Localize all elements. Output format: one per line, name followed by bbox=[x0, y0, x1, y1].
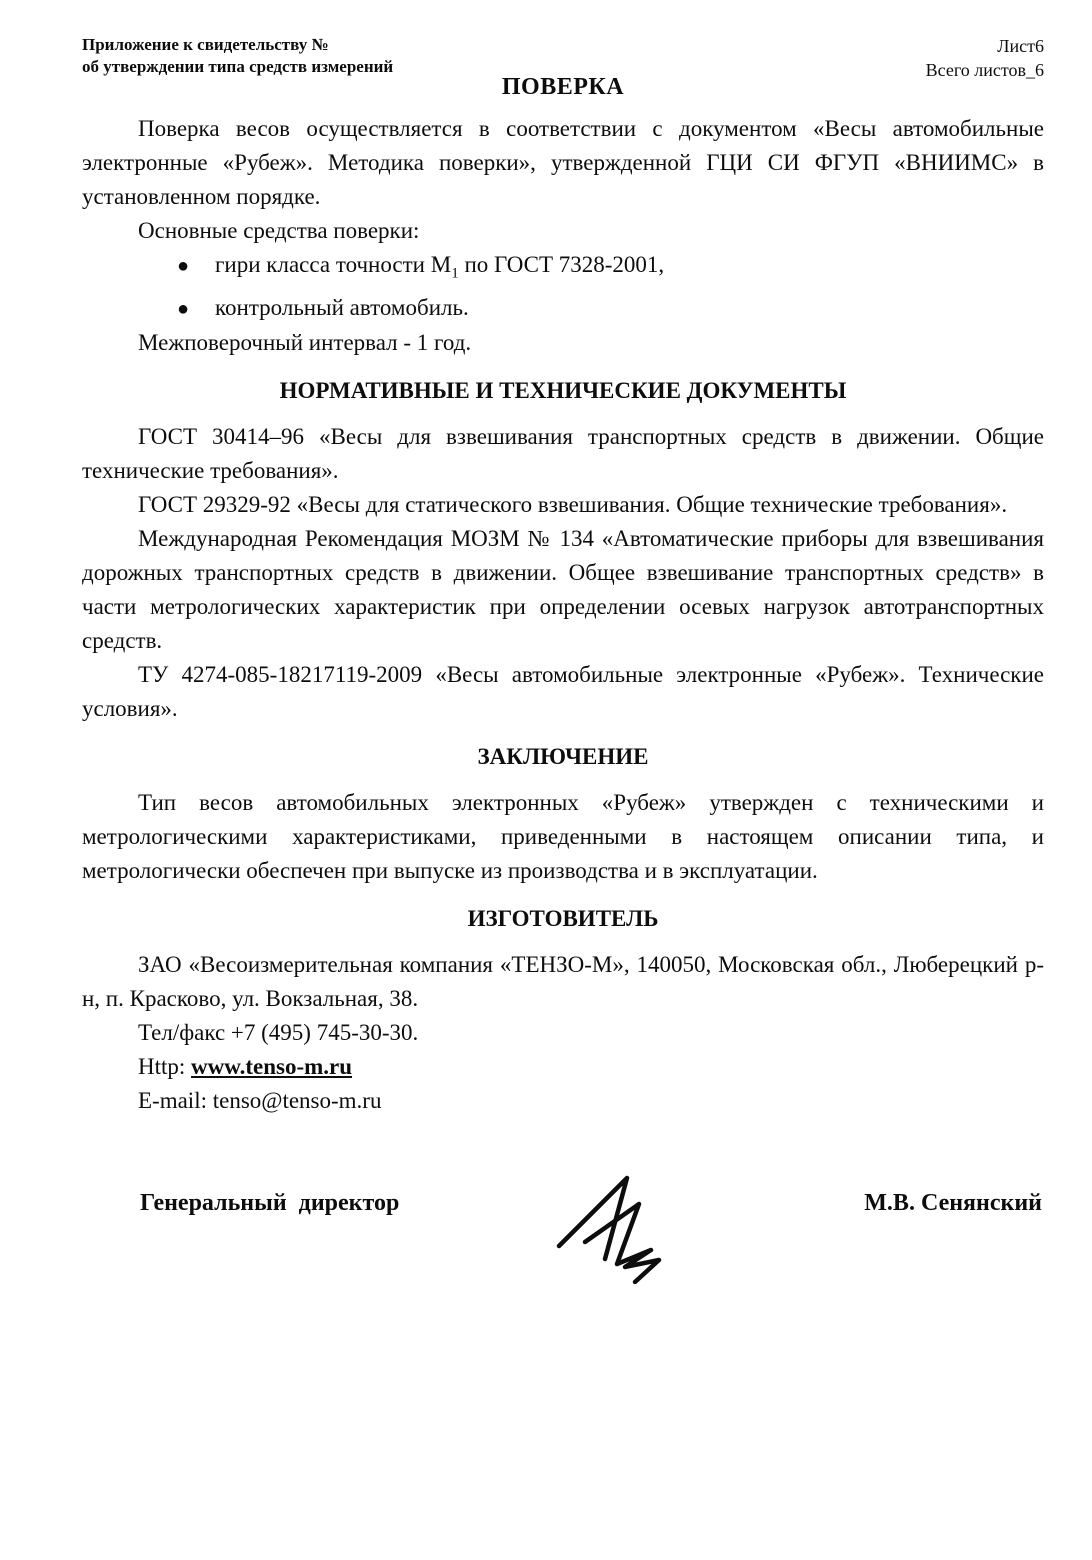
normative-paragraph-tu: ТУ 4274-085-18217119-2009 «Весы автомоби… bbox=[82, 658, 1044, 726]
header-attachment-line1: Приложение к свидетельству № bbox=[82, 34, 393, 56]
signatory-name: М.В. Сенянский bbox=[864, 1164, 1042, 1220]
signature-image bbox=[547, 1164, 677, 1284]
header-attachment-line2: об утверждении типа средств измерений bbox=[82, 56, 393, 78]
manufacturer-phone: Тел/факс +7 (495) 745-30-30. bbox=[82, 1016, 1044, 1050]
section-title-manufacturer: ИЗГОТОВИТЕЛЬ bbox=[82, 902, 1044, 936]
section-title-normative: НОРМАТИВНЫЕ И ТЕХНИЧЕСКИЕ ДОКУМЕНТЫ bbox=[82, 374, 1044, 408]
header-sheet-number: Лист6 bbox=[926, 34, 1044, 58]
signature-block: Генеральный директор М.В. Сенянский bbox=[82, 1164, 1044, 1284]
header-sheets-total: Всего листов_6 bbox=[926, 58, 1044, 82]
manufacturer-http-line: Http: www.tenso-m.ru bbox=[82, 1050, 1044, 1084]
poverka-interval-line: Межповерочный интервал - 1 год. bbox=[82, 326, 1044, 360]
bullet-icon: ● bbox=[177, 292, 193, 326]
header-attachment-note: Приложение к свидетельству № об утвержде… bbox=[82, 34, 393, 78]
list-item: ● гири класса точности М1 по ГОСТ 7328-2… bbox=[82, 248, 1044, 291]
manufacturer-email-line: E-mail: tenso@tenso-m.ru bbox=[82, 1084, 1044, 1118]
poverka-means-label: Основные средства поверки: bbox=[82, 214, 1044, 248]
list-item-text: контрольный автомобиль. bbox=[215, 291, 469, 325]
document-page: Приложение к свидетельству № об утвержде… bbox=[0, 0, 1092, 1560]
signatory-position: Генеральный директор bbox=[140, 1164, 399, 1220]
header-sheet-info: Лист6 Всего листов_6 bbox=[926, 34, 1044, 82]
normative-paragraph-mozm: Международная Рекомендация МОЗМ № 134 «А… bbox=[82, 522, 1044, 658]
normative-paragraph-gost-30414: ГОСТ 30414–96 «Весы для взвешивания тран… bbox=[82, 420, 1044, 488]
poverka-means-list: ● гири класса точности М1 по ГОСТ 7328-2… bbox=[82, 248, 1044, 326]
normative-paragraph-gost-29329: ГОСТ 29329-92 «Весы для статического взв… bbox=[82, 488, 1044, 522]
subscript: 1 bbox=[451, 266, 459, 282]
bullet-icon: ● bbox=[177, 249, 193, 283]
manufacturer-address: ЗАО «Весоизмерительная компания «ТЕНЗО-М… bbox=[82, 948, 1044, 1016]
conclusion-paragraph: Тип весов автомобильных электронных «Руб… bbox=[82, 786, 1044, 888]
section-title-conclusion: ЗАКЛЮЧЕНИЕ bbox=[82, 740, 1044, 774]
website-url: www.tenso-m.ru bbox=[191, 1054, 352, 1079]
list-item-text: гири класса точности М1 по ГОСТ 7328-200… bbox=[215, 248, 664, 291]
http-label: Http: bbox=[138, 1054, 191, 1079]
poverka-paragraph: Поверка весов осуществляется в соответст… bbox=[82, 112, 1044, 214]
list-item: ● контрольный автомобиль. bbox=[82, 291, 1044, 326]
